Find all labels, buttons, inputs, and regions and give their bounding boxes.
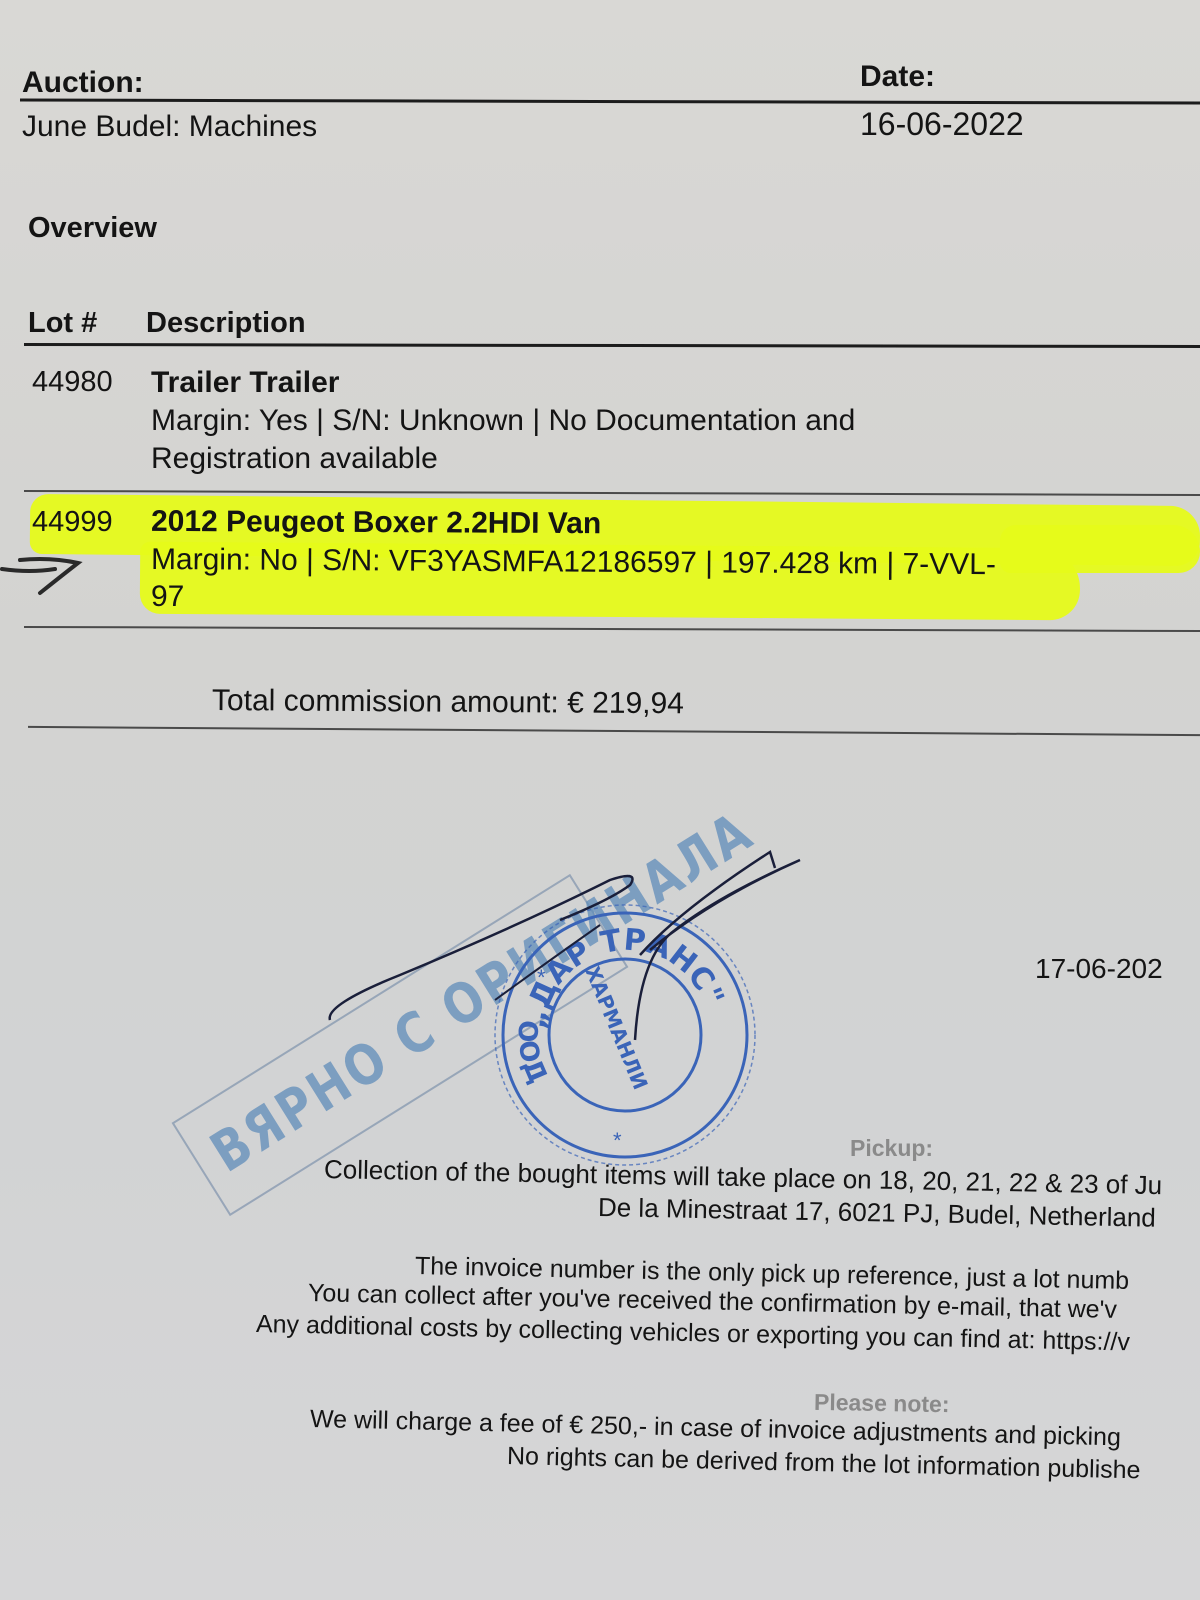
auction-value: June Budel: Machines — [22, 110, 317, 144]
lot-details-line2: 97 — [151, 580, 184, 614]
lot-details-line1: Margin: No | S/N: VF3YASMFA12186597 | 19… — [151, 543, 996, 582]
column-header-lot: Lot # — [28, 307, 97, 340]
total-commission: Total commission amount: € 219,94 — [212, 684, 684, 721]
lot-details-line2: Registration available — [151, 442, 438, 476]
signature — [320, 840, 820, 1100]
total-divider — [28, 726, 1200, 736]
highlighter-mark — [1000, 525, 1200, 573]
note-line-1: We will charge a fee of € 250,- in case … — [310, 1405, 1122, 1452]
pickup-heading: Pickup: — [850, 1135, 933, 1162]
row-divider — [24, 626, 1200, 632]
date-label: Date: — [860, 60, 935, 94]
please-note-heading: Please note: — [814, 1389, 950, 1418]
overview-title: Overview — [28, 212, 157, 245]
lot-details-line1: Margin: Yes | S/N: Unknown | No Document… — [151, 404, 855, 438]
table-header-divider — [24, 343, 1200, 348]
auction-label: Auction: — [22, 66, 144, 100]
date-value: 16-06-2022 — [860, 106, 1024, 143]
lot-number: 44980 — [32, 366, 113, 399]
signature-date: 17-06-202 — [1035, 953, 1163, 985]
star-icon: * — [613, 1128, 622, 1153]
handdrawn-arrow-icon — [0, 555, 90, 600]
column-header-description: Description — [146, 307, 306, 340]
header-divider — [20, 98, 1200, 104]
lot-title: Trailer Trailer — [151, 366, 339, 400]
lot-title: 2012 Peugeot Boxer 2.2HDI Van — [151, 505, 601, 541]
lot-number: 44999 — [32, 506, 113, 539]
